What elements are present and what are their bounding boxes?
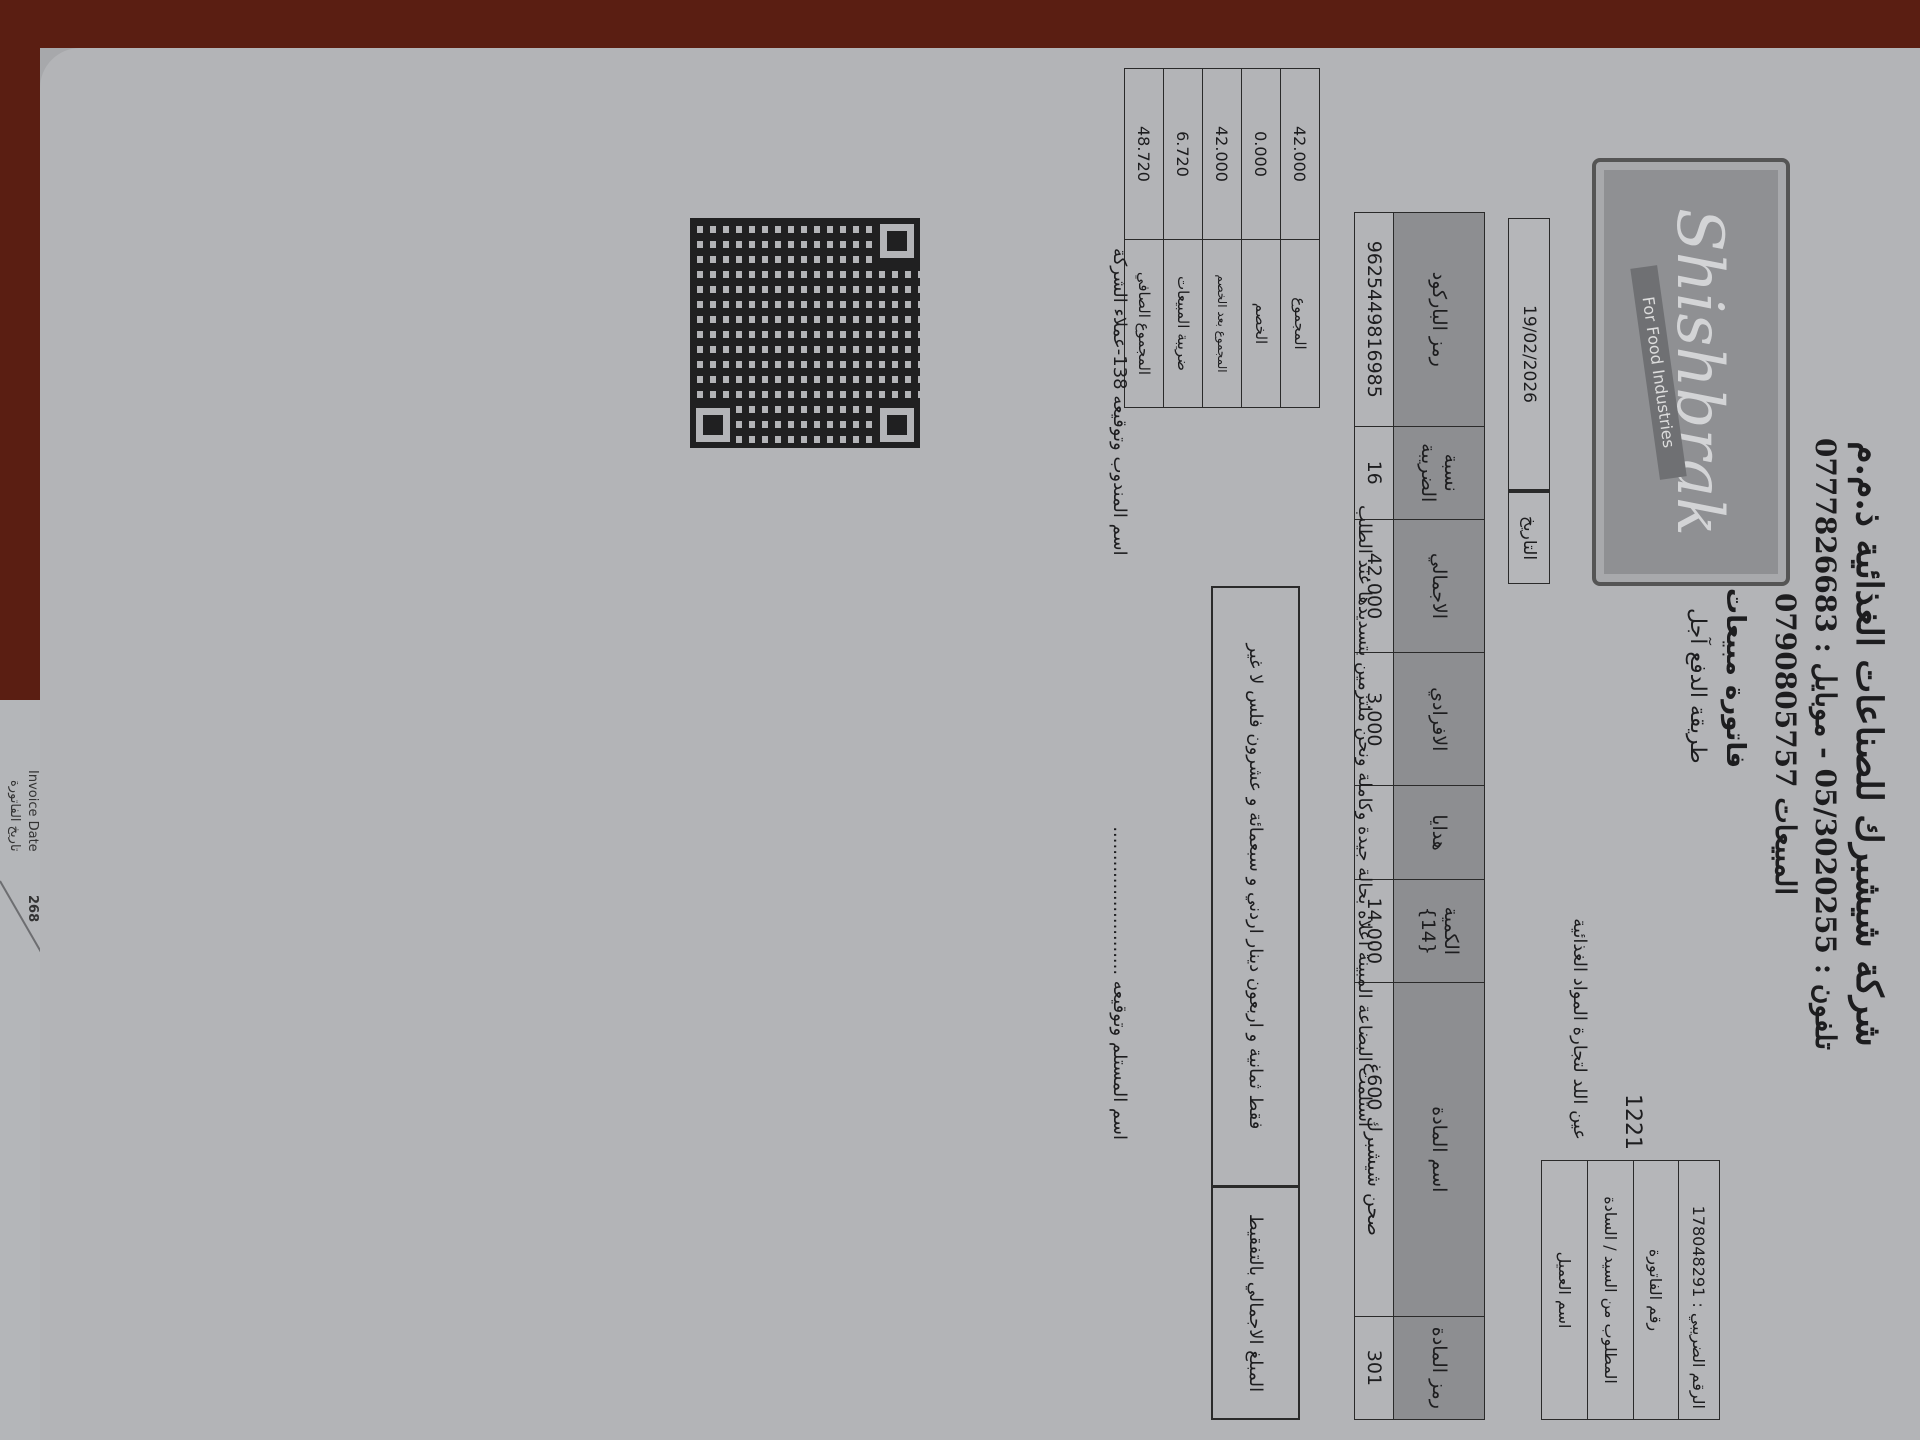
totals-row: ضريبة المبيعات 6.720	[1164, 69, 1203, 408]
tax-id-label: الرقم الضريبي :	[1690, 1302, 1709, 1409]
company-logo: Shishbrak For Food Industries	[1592, 158, 1790, 586]
totals-row: المجموع الصافي 48.720	[1125, 69, 1164, 408]
date-value: 19/02/2026	[1508, 218, 1550, 492]
amount-in-words-value: فقط ثمانية و اربعون دينار اردني و سبعمائ…	[1213, 588, 1298, 1185]
amount-in-words-box: المبلغ الاجمالي بالتفقيط فقط ثمانية و ار…	[1211, 586, 1300, 1420]
col-item-name: اسم المادة	[1394, 982, 1485, 1316]
col-unit-price: الافرادي	[1394, 653, 1485, 786]
sales-tax-value: 6.720	[1164, 69, 1203, 240]
col-tax-rate: نسبة الضريبة	[1394, 426, 1485, 519]
totals-table: المجموع 42.000 الخصم 0.000 المجموع بعد ا…	[1124, 68, 1320, 408]
background-sheet-label-en: Invoice Date	[25, 770, 40, 852]
date-label: التاريخ	[1508, 492, 1550, 584]
col-item-code: رمز المادة	[1394, 1316, 1485, 1419]
invoice-title: فاتورة مبيعات	[1720, 588, 1750, 768]
sales-tax-label: ضريبة المبيعات	[1164, 240, 1203, 408]
net-total-label: المجموع الصافي	[1125, 240, 1164, 408]
customer-name: عين اللد لتجارة المواد الغذائية	[1569, 918, 1590, 1140]
net-total-value: 48.720	[1125, 69, 1164, 240]
after-discount-label: المجموع بعد الخصم	[1203, 240, 1242, 408]
background-sheet-number: 268	[25, 895, 40, 922]
date-box: التاريخ 19/02/2026	[1508, 218, 1550, 584]
after-discount-value: 42.000	[1203, 69, 1242, 240]
rep-signature: اسم المندوب وتوقيعه 138-عملاء الشركة	[1109, 248, 1130, 556]
col-barcode: رمز الباركود	[1394, 213, 1485, 427]
tax-id-value: 178048291	[1690, 1206, 1709, 1298]
invoice-number-label: رقم الفاتورة	[1633, 1160, 1680, 1420]
items-header-row: رمز المادة اسم المادة الكمية {14} هدايا …	[1394, 213, 1485, 1420]
qr-finder-pattern	[690, 402, 736, 448]
invoice-paper: شركة شيشبرك للصناعات الغذائية ذ.م.م تلفو…	[40, 48, 1920, 1440]
background-sheet-label-ar: تاريخ الفاتورة	[7, 780, 22, 852]
wood-surface-left	[0, 0, 40, 720]
receiver-signature: اسم المستلم وتوقيعه ....................…	[1109, 826, 1130, 1140]
qr-finder-pattern	[874, 402, 920, 448]
qr-finder-pattern	[874, 218, 920, 264]
company-name: شركة شيشبرك للصناعات الغذائية ذ.م.م	[1848, 48, 1890, 1440]
receipt-note: استلمت البضاعة المبينة اعلاه بحالة جيدة …	[1354, 212, 1375, 1420]
total-label: المجموع	[1281, 240, 1320, 408]
totals-row: المجموع بعد الخصم 42.000	[1203, 69, 1242, 408]
company-phones: تلفون : 05/3020255 - موبايل : 0777826683	[1809, 48, 1842, 1440]
discount-value: 0.000	[1242, 69, 1281, 240]
totals-row: المجموع 42.000	[1281, 69, 1320, 408]
col-total: الاجمالي	[1394, 519, 1485, 652]
payment-method: طريقة الدفع آجل	[1685, 608, 1710, 764]
customer-label: اسم العميل	[1542, 1160, 1589, 1420]
invoice-number: 1221	[1620, 1094, 1645, 1150]
invoice-info-grid: الرقم الضريبي : 178048291 رقم الفاتورة ا…	[1543, 1160, 1720, 1420]
wood-surface	[0, 0, 1920, 48]
total-value: 42.000	[1281, 69, 1320, 240]
totals-row: الخصم 0.000	[1242, 69, 1281, 408]
logo-text: Shishbrak	[1663, 208, 1737, 536]
tax-id-cell: الرقم الضريبي : 178048291	[1678, 1160, 1720, 1420]
amount-in-words-label: المبلغ الاجمالي بالتفقيط	[1213, 1185, 1298, 1418]
discount-label: الخصم	[1242, 240, 1281, 408]
invoice-page: شركة شيشبرك للصناعات الغذائية ذ.م.م تلفو…	[40, 48, 1920, 1440]
col-gifts: هدايا	[1394, 786, 1485, 879]
col-quantity: الكمية {14}	[1394, 879, 1485, 982]
qr-code	[690, 218, 920, 448]
billed-to-label: المطلوب من السيد / السادة	[1587, 1160, 1634, 1420]
